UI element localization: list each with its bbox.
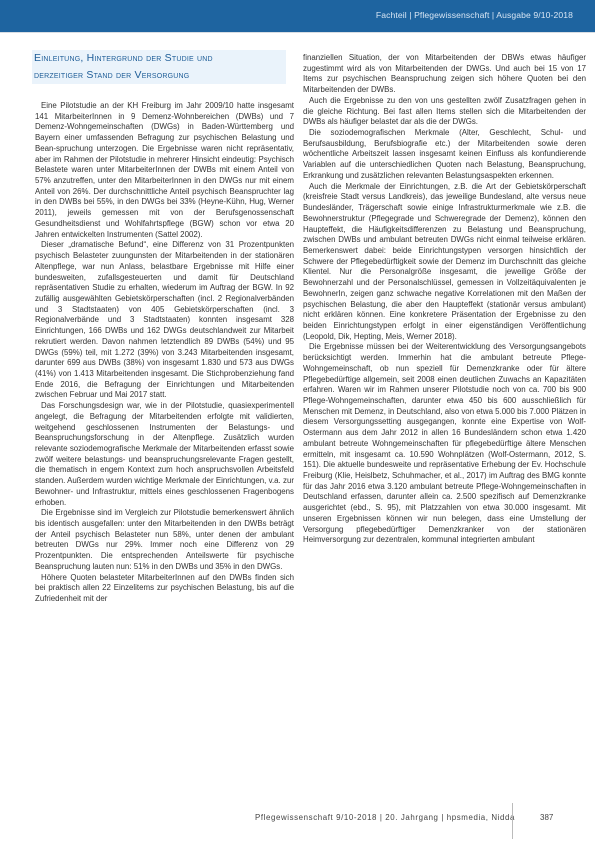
running-title: Fachteil | Pflegewissenschaft | Ausgabe … — [376, 10, 573, 20]
paragraph: Das Forschungsdesign war, wie in der Pil… — [35, 401, 294, 508]
paragraph: finanziellen Situation, der von Mitarbei… — [303, 53, 586, 96]
footer-divider — [512, 803, 513, 839]
footer-citation: Pflegewissenschaft 9/10-2018 | 20. Jahrg… — [210, 813, 515, 822]
page-number: 387 — [540, 813, 553, 822]
section-heading-line-1: Einleitung, Hintergrund der Studie und — [34, 50, 284, 67]
paragraph: Auch die Merkmale der Einrichtungen, z.B… — [303, 182, 586, 343]
section-heading-line-2: derzeitiger Stand der Versorgung — [34, 67, 284, 84]
paragraph: Höhere Quoten belasteter MitarbeiterInne… — [35, 573, 294, 605]
header-bar: Fachteil | Pflegewissenschaft | Ausgabe … — [0, 0, 595, 33]
paragraph: Auch die Ergebnisse zu den von uns geste… — [303, 96, 586, 128]
paragraph: Die soziodemografischen Merkmale (Alter,… — [303, 128, 586, 182]
paragraph: Eine Pilotstudie an der KH Freiburg im J… — [35, 101, 294, 240]
paragraph: Die Ergebnisse sind im Vergleich zur Pil… — [35, 508, 294, 572]
paragraph: Die Ergebnisse müssen bei der Weiterentw… — [303, 342, 586, 546]
paragraph: Dieser „dramatische Befund“, eine Differ… — [35, 240, 294, 401]
right-column: finanziellen Situation, der von Mitarbei… — [303, 53, 586, 546]
section-heading: Einleitung, Hintergrund der Studie und d… — [32, 50, 286, 84]
left-column: Eine Pilotstudie an der KH Freiburg im J… — [35, 101, 294, 605]
